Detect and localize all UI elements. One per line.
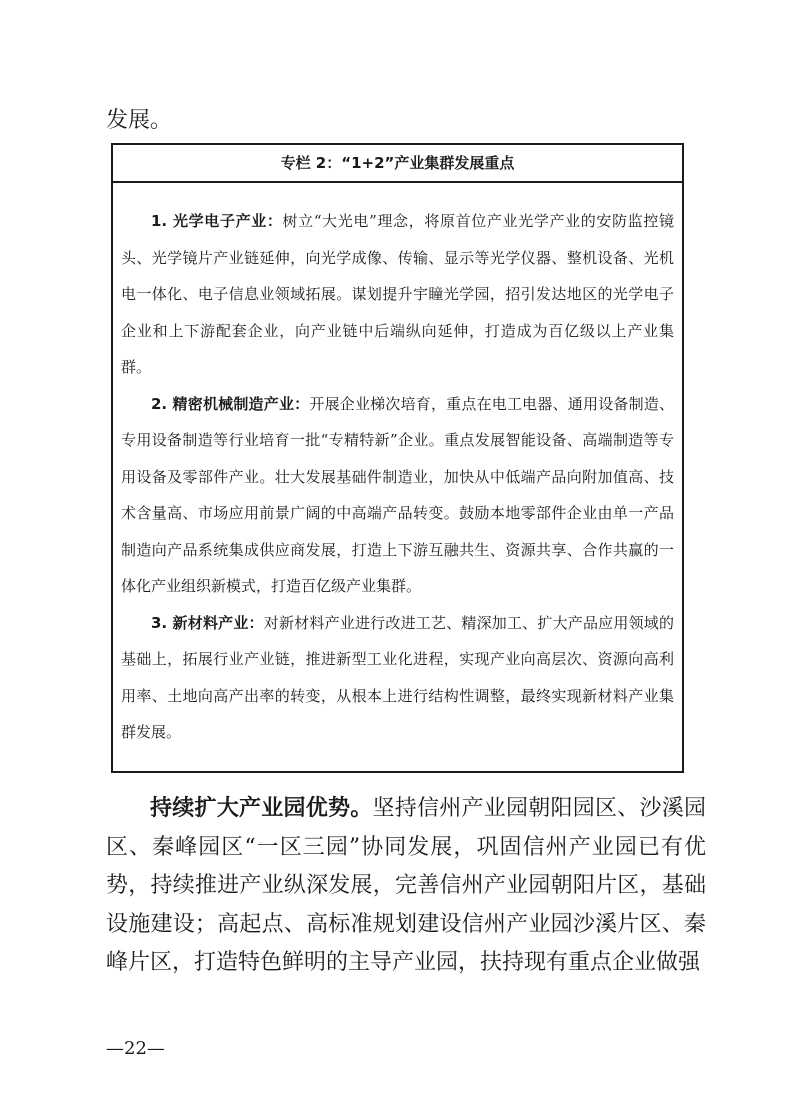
feature-item-head: 2. 精密机械制造产业：: [151, 395, 309, 413]
feature-item-head: 1. 光学电子产业：: [151, 212, 283, 230]
feature-item-precision-machinery: 2. 精密机械制造产业：开展企业梯次培育，重点在电工电器、通用设备制造、专用设备…: [121, 386, 674, 605]
page-number: —22—: [106, 1038, 165, 1059]
feature-item-head: 3. 新材料产业：: [151, 614, 264, 632]
feature-box-body: 1. 光学电子产业：树立“大光电”理念，将原首位产业光学产业的安防监控镜头、光学…: [113, 183, 682, 751]
feature-item-new-materials: 3. 新材料产业：对新材料产业进行改进工艺、精深加工、扩大产品应用领域的基础上，…: [121, 605, 674, 751]
paragraph-heading: 持续扩大产业园优势。: [150, 796, 373, 821]
feature-item-text: 开展企业梯次培育，重点在电工电器、通用设备制造、专用设备制造等行业培育一批“专精…: [121, 395, 674, 596]
feature-box-title: 专栏 2：“1+2”产业集群发展重点: [113, 145, 682, 183]
feature-box: 专栏 2：“1+2”产业集群发展重点 1. 光学电子产业：树立“大光电”理念，将…: [111, 143, 684, 773]
feature-item-text: 对新材料产业进行改进工艺、精深加工、扩大产品应用领域的基础上，拓展行业产业链，推…: [121, 614, 674, 742]
feature-item-optical: 1. 光学电子产业：树立“大光电”理念，将原首位产业光学产业的安防监控镜头、光学…: [121, 203, 674, 386]
body-paragraph: 持续扩大产业园优势。坚持信州产业园朝阳园区、沙溪园区、秦峰园区“一区三园”协同发…: [106, 790, 706, 983]
lead-text: 发展。: [106, 106, 172, 136]
feature-item-text: 树立“大光电”理念，将原首位产业光学产业的安防监控镜头、光学镜片产业链延伸，向光…: [121, 212, 674, 376]
paragraph-text: 坚持信州产业园朝阳园区、沙溪园区、秦峰园区“一区三园”协同发展，巩固信州产业园已…: [106, 796, 706, 975]
